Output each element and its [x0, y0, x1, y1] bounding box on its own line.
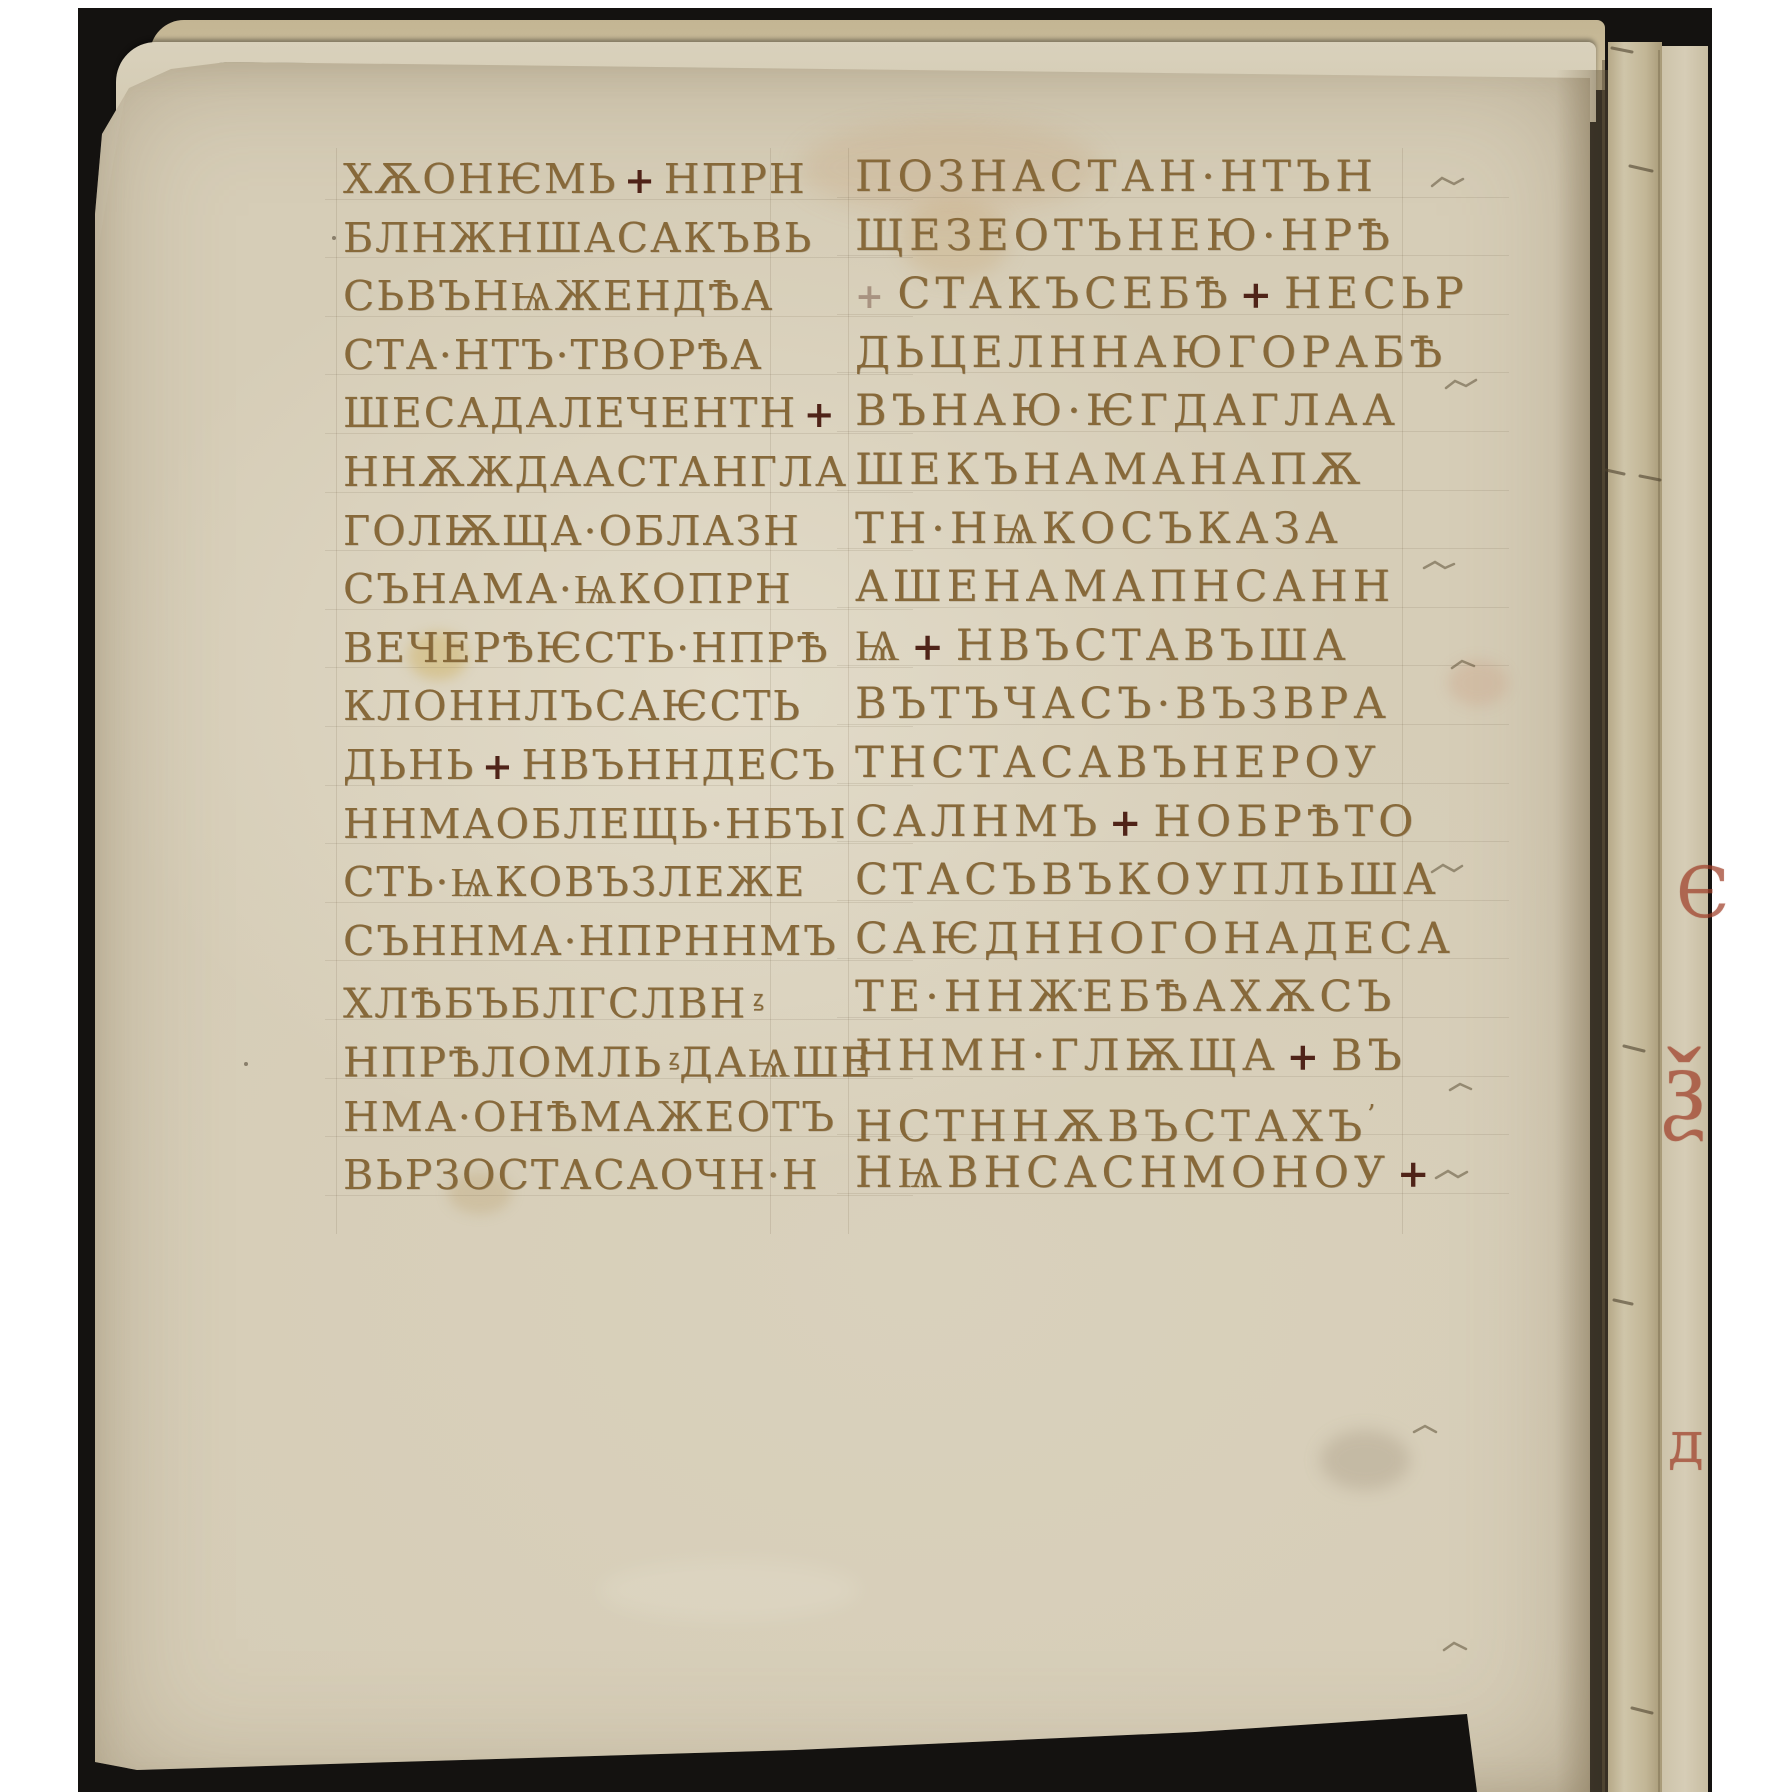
text-segment: СЪНАМА·ѨКОПРН [343, 565, 793, 613]
text-segment: Ѩ [855, 621, 904, 671]
text-line: АШЕНАМАПНСАНН [855, 558, 1469, 617]
text-line: ХЛѢБЪБЛГСЛВНꙁ [343, 970, 873, 1029]
ink-cross: + [1390, 1152, 1441, 1197]
text-segment: НВЪСТАВЪША [956, 621, 1351, 671]
text-segment: ꙁ [669, 1045, 680, 1071]
text-line: СЬВЪНѨЖЕНДѢА [343, 267, 873, 326]
text-line: КЛОННЛЪСАѤСТЬ [343, 677, 873, 736]
text-segment: ЩЕЗЕОТЪНЕЮ·НРѢ [855, 211, 1395, 261]
text-segment: НПРН [664, 155, 807, 203]
text-segment: ГОЛѬЩА·ОБЛАЗН [343, 507, 801, 555]
text-segment: ꙁ [753, 986, 764, 1012]
ink-cross: + [904, 625, 955, 670]
text-segment: ВЕЧЕРѢѤСТЬ·НПРѢ [343, 624, 830, 672]
text-segment: ХѪОНѤМЬ [343, 155, 618, 203]
text-segment: СТАСЪВЪКОУПЛЬША [855, 855, 1441, 905]
red-rubric-initial: д [1668, 1408, 1704, 1476]
fold-crease-2 [1658, 50, 1660, 1792]
ink-cross: + [475, 744, 521, 788]
text-segment: ХЛѢБЪБЛГСЛВН [343, 980, 747, 1028]
text-segment: ННМАОБЛЕЩЬ·НБЪІ [343, 800, 848, 848]
text-line: Ѩ+НВЪСТАВЪША [855, 617, 1469, 676]
red-rubric-initial: Є [1676, 852, 1730, 934]
text-segment: ПОЗНАСТАН·НТЪН [855, 152, 1378, 202]
ink-cross: + [855, 277, 897, 317]
text-segment: НМА·ОНѢМАЖЕОТЪ [343, 1093, 836, 1141]
text-line: ХѪОНѤМЬ+НПРН [343, 150, 873, 209]
text-line: ТН·НѨКОСЪКАЗА [855, 500, 1469, 559]
ink-speck [244, 1062, 248, 1066]
text-segment: ВЪТЪЧАСЪ·ВЪЗВРА [855, 679, 1391, 729]
text-line: ННМН·ГЛѬЩА+ВЪ [855, 1027, 1469, 1086]
text-line: ГОЛѬЩА·ОБЛАЗН [343, 502, 873, 561]
text-line: ДЬНЬ+НВЪННДЕСЪ [343, 736, 873, 795]
text-segment: СЪННМА·НПРННМЪ [343, 917, 838, 965]
text-line: СТЬ·ѨКОВЪЗЛЕЖЕ [343, 853, 873, 912]
text-line: ПОЗНАСТАН·НТЪН [855, 148, 1469, 207]
text-line: НПРѢЛОМЛЬꙁДАѨШЕ [343, 1029, 873, 1088]
text-line: САЛНМЪ+НОБРѢТО [855, 793, 1469, 852]
text-line: ЩЕЗЕОТЪНЕЮ·НРѢ [855, 207, 1469, 266]
text-line: СТА·НТЪ·ТВОРѢА [343, 326, 873, 385]
text-line: ННМАОБЛЕЩЬ·НБЪІ [343, 795, 873, 854]
text-segment: ШЕКЪНАМАНАПѪ [855, 445, 1365, 495]
ink-cross: + [1280, 1035, 1331, 1080]
text-segment: ВЬРЗОСТАСАОЧН·Н [343, 1151, 820, 1199]
text-line: +СТАКЪСЕБѢ+НЕСЬР [855, 265, 1469, 324]
text-column-left: ХѪОНѤМЬ+НПРНБЛНЖНШАСАКЪВЬСЬВЪНѨЖЕНДѢАСТА… [343, 150, 873, 1205]
text-line: НМА·ОНѢМАЖЕОТЪ [343, 1088, 873, 1147]
text-segment: ’ [1367, 1100, 1380, 1130]
text-segment: ШЕСАДАЛЕЧЕНТН [343, 389, 797, 437]
text-segment: СТЬ·ѨКОВЪЗЛЕЖЕ [343, 858, 806, 906]
text-line: НѨВНСАСНМОНОУ+ [855, 1144, 1469, 1203]
text-line: НСТННѪВЪСТАХЪ’ [855, 1086, 1469, 1145]
text-segment: НОБРѢТО [1153, 797, 1418, 847]
text-segment: ВЪ [1331, 1031, 1407, 1081]
text-segment: СЬВЪНѨЖЕНДѢА [343, 272, 774, 320]
text-line: ВЪНАЮ·ѤГДАГЛАА [855, 382, 1469, 441]
text-segment: НВЪННДЕСЪ [522, 741, 837, 789]
red-rubric-initial: ѯ [1664, 1022, 1705, 1144]
text-line: ВЕЧЕРѢѤСТЬ·НПРѢ [343, 619, 873, 678]
ink-cross: + [797, 392, 843, 436]
ink-cross: + [1102, 801, 1153, 846]
text-segment: НПРѢЛОМЛЬ [343, 1038, 663, 1086]
text-segment: ТНСТАСАВЪНЕРОУ [855, 738, 1381, 788]
text-line: ШЕКЪНАМАНАПѪ [855, 441, 1469, 500]
text-segment: ТЕ·ННЖЕБѢАХѪСЪ [855, 972, 1396, 1022]
parchment-sheen [600, 1560, 860, 1620]
ink-cross: + [618, 158, 664, 202]
text-line: ТНСТАСАВЪНЕРОУ [855, 734, 1469, 793]
text-line: ННѪЖДААСТАНГЛА [343, 443, 873, 502]
text-segment: НЕСЬР [1284, 269, 1469, 319]
text-line: СЪНАМА·ѨКОПРН [343, 560, 873, 619]
ink-cross: + [1233, 273, 1284, 318]
text-segment: НѨВНСАСНМОНОУ [855, 1148, 1390, 1198]
text-segment: ДЬЦЕЛННАЮГОРАБѢ [855, 328, 1447, 378]
text-segment: ДАѨШЕ [679, 1038, 872, 1086]
text-line: БЛНЖНШАСАКЪВЬ [343, 209, 873, 268]
text-line: ДЬЦЕЛННАЮГОРАБѢ [855, 324, 1469, 383]
text-segment: БЛНЖНШАСАКЪВЬ [343, 214, 813, 262]
fold-crease [1602, 60, 1605, 1792]
text-line: ВЪТЪЧАСЪ·ВЪЗВРА [855, 675, 1469, 734]
text-line: СТАСЪВЪКОУПЛЬША [855, 851, 1469, 910]
text-segment: ТН·НѨКОСЪКАЗА [855, 504, 1343, 554]
page-fold-shadow [1556, 70, 1608, 1792]
text-segment: АШЕНАМАПНСАНН [855, 562, 1395, 612]
text-segment: ННѪЖДААСТАНГЛА [343, 448, 848, 496]
manuscript-photo: ХѪОНѤМЬ+НПРНБЛНЖНШАСАКЪВЬСЬВЪНѨЖЕНДѢАСТА… [0, 0, 1792, 1792]
text-column-right: ПОЗНАСТАН·НТЪНЩЕЗЕОТЪНЕЮ·НРѢ+СТАКЪСЕБѢ+Н… [855, 148, 1469, 1203]
text-segment: СТА·НТЪ·ТВОРѢА [343, 331, 763, 379]
text-segment: СТАКЪСЕБѢ [897, 269, 1232, 319]
ruling-guide-line [336, 148, 337, 1234]
text-segment: ДЬНЬ [343, 741, 475, 789]
text-line: СЪННМА·НПРННМЪ [343, 912, 873, 971]
text-segment: САЛНМЪ [855, 797, 1102, 847]
binding-gutter [1608, 42, 1662, 1792]
text-line: ВЬРЗОСТАСАОЧН·Н [343, 1146, 873, 1205]
text-segment: КЛОННЛЪСАѤСТЬ [343, 682, 802, 730]
text-line: ТЕ·ННЖЕБѢАХѪСЪ [855, 968, 1469, 1027]
text-line: САѤДННОГОНАДЕСА [855, 910, 1469, 969]
parchment-stain [1320, 1430, 1410, 1490]
text-segment: ННМН·ГЛѬЩА [855, 1031, 1280, 1081]
text-segment: ВЪНАЮ·ѤГДАГЛАА [855, 386, 1400, 436]
text-segment: САѤДННОГОНАДЕСА [855, 914, 1455, 964]
text-line: ШЕСАДАЛЕЧЕНТН+ [343, 384, 873, 443]
